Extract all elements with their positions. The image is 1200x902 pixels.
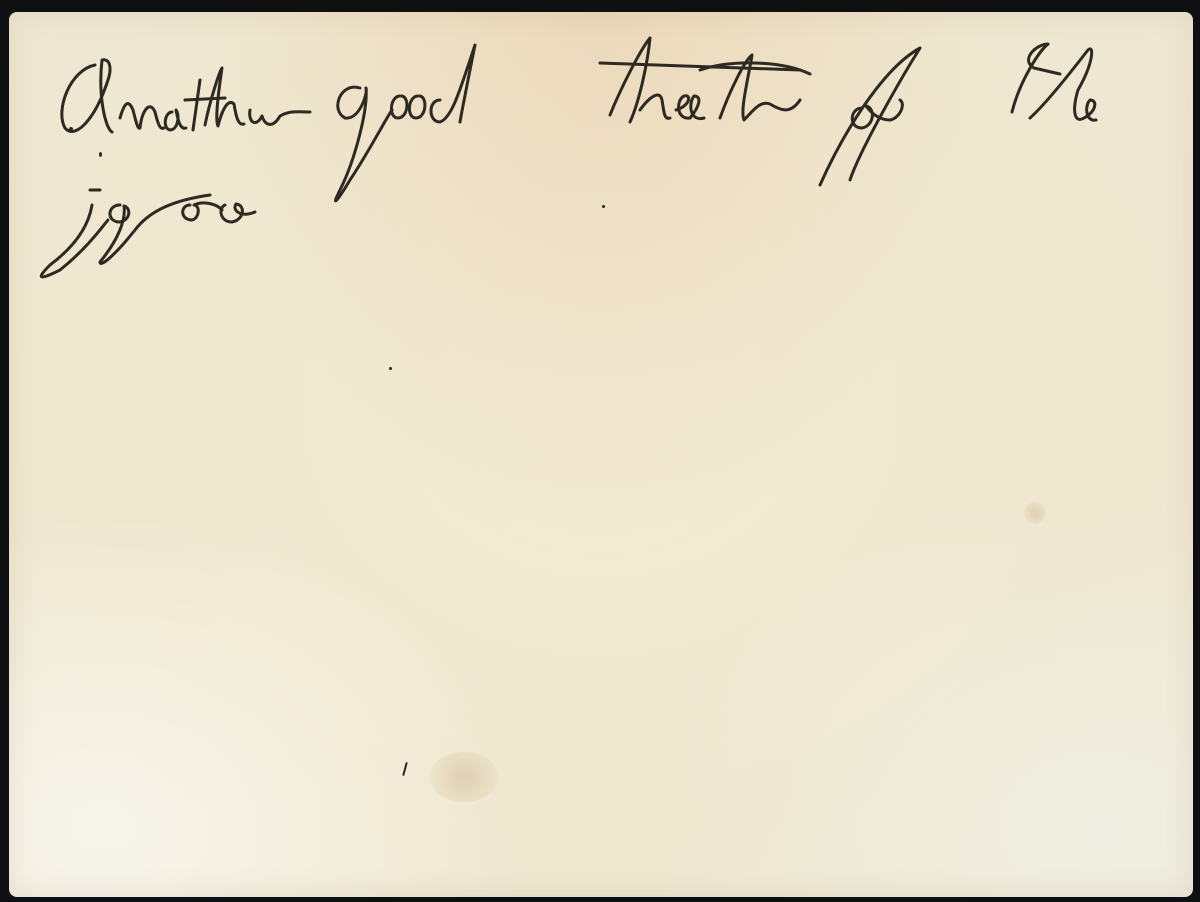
handwriting-strokes — [9, 12, 1193, 897]
ink-speck — [69, 127, 73, 131]
ink-speck — [602, 205, 605, 208]
photo-card-back: Another good theater for the japs — [9, 12, 1193, 897]
paper-stain — [1024, 502, 1046, 524]
paper-stain — [429, 752, 499, 802]
ink-speck — [99, 152, 102, 157]
handwritten-note: Another good theater for the japs — [9, 12, 1193, 897]
ink-speck — [389, 367, 392, 370]
